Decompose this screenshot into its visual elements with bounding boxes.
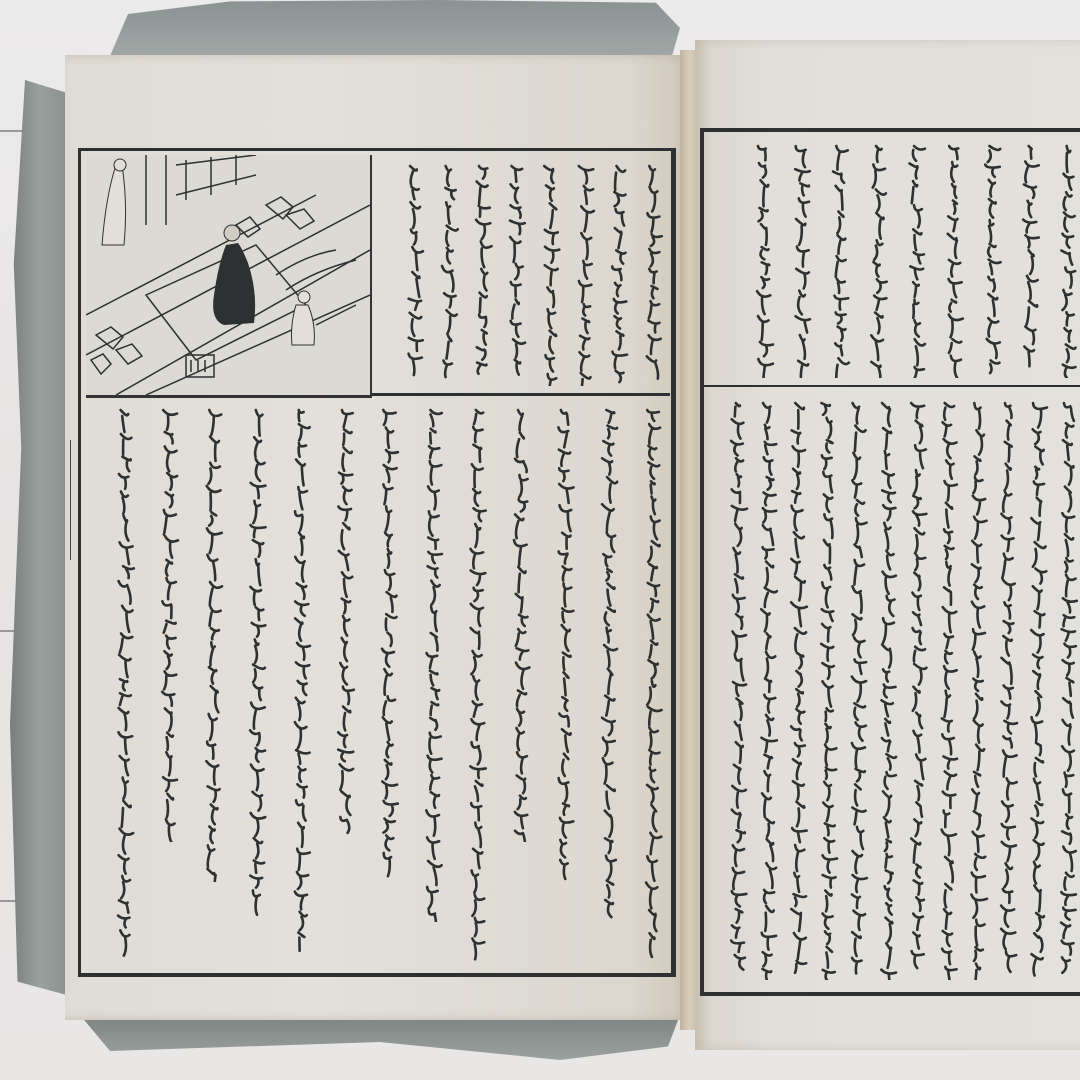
text-column bbox=[470, 158, 496, 386]
text-column bbox=[815, 395, 841, 980]
text-column bbox=[1017, 138, 1043, 378]
text-column bbox=[905, 395, 931, 980]
text-column bbox=[288, 402, 314, 962]
text-column bbox=[865, 138, 891, 378]
text-column bbox=[504, 158, 530, 386]
text-column bbox=[1055, 395, 1080, 980]
text-column bbox=[332, 402, 358, 842]
text-column bbox=[606, 158, 632, 386]
text-column bbox=[640, 402, 666, 962]
text-column bbox=[845, 395, 871, 980]
text-column bbox=[464, 402, 490, 962]
text-column bbox=[751, 138, 777, 378]
text-column bbox=[965, 395, 991, 980]
text-column bbox=[572, 158, 598, 386]
text-column bbox=[903, 138, 929, 378]
text-column bbox=[402, 158, 428, 386]
text-column bbox=[785, 395, 811, 980]
text-column bbox=[552, 402, 578, 882]
text-column bbox=[112, 402, 138, 962]
text-column bbox=[725, 395, 751, 980]
text-column bbox=[508, 402, 534, 842]
text-column bbox=[755, 395, 781, 980]
left-upper-rule bbox=[370, 148, 670, 151]
text-column bbox=[1055, 138, 1080, 378]
text-column bbox=[979, 138, 1005, 378]
text-column bbox=[789, 138, 815, 378]
text-column bbox=[1025, 395, 1051, 980]
text-column bbox=[244, 402, 270, 922]
text-column bbox=[420, 402, 446, 922]
text-column bbox=[156, 402, 182, 842]
text-column bbox=[875, 395, 901, 980]
text-column bbox=[436, 158, 462, 386]
text-column bbox=[995, 395, 1021, 980]
woodblock-illustration: Woodblock illustration: a robed monk sta… bbox=[86, 155, 372, 398]
text-column bbox=[376, 402, 402, 882]
illustration-drawing bbox=[86, 155, 370, 395]
text-column bbox=[200, 402, 226, 882]
text-column bbox=[935, 395, 961, 980]
right-section-divider bbox=[704, 385, 1080, 387]
text-column bbox=[538, 158, 564, 386]
text-column bbox=[827, 138, 853, 378]
text-column bbox=[941, 138, 967, 378]
text-column bbox=[640, 158, 666, 386]
text-column bbox=[596, 402, 622, 922]
